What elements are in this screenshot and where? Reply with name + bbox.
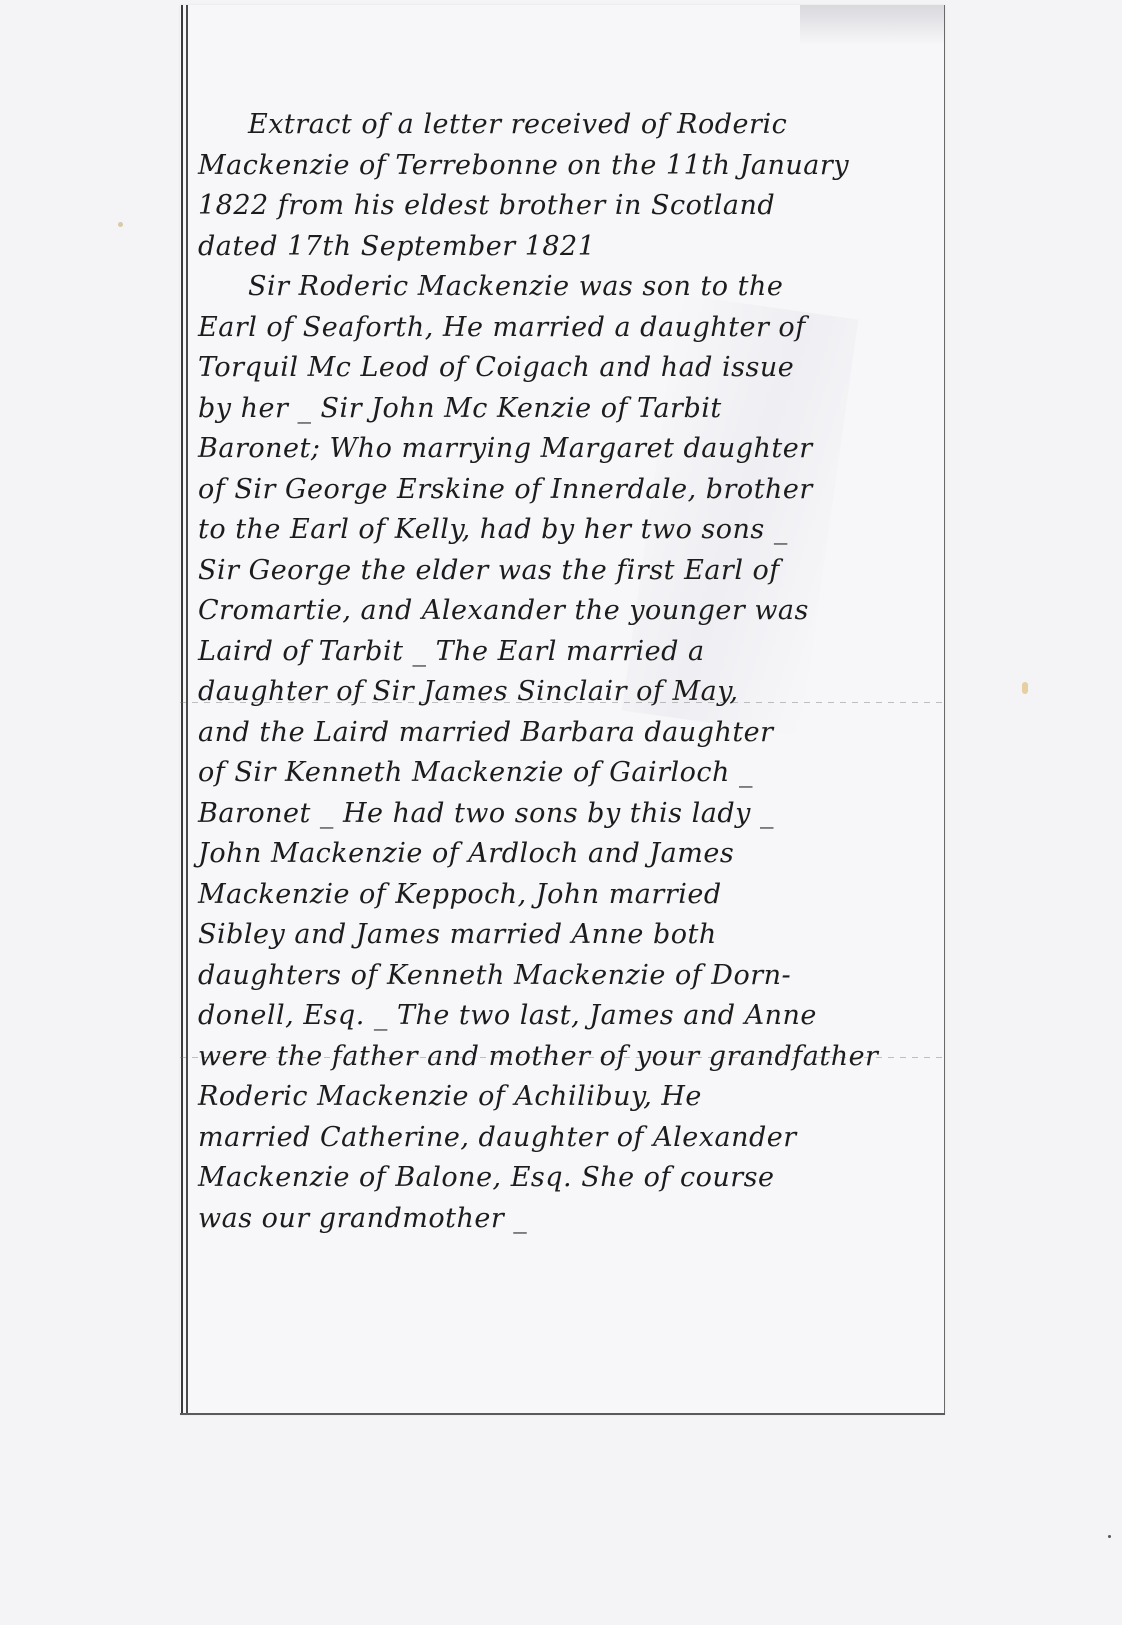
scan-speck [1022,682,1028,694]
body-line: Mackenzie of Balone, Esq. She of course [198,1158,918,1199]
body-line: Sir George the elder was the first Earl … [198,551,918,592]
left-margin-rule-inner [186,5,188,1415]
body-line: donell, Esq. _ The two last, James and A… [198,996,918,1037]
letter-page: Extract of a letter received of Roderic … [180,5,945,1415]
body-line: was our grandmother _ [198,1199,918,1240]
scan-shadow [800,5,945,45]
body-line: Baronet; Who marrying Margaret daughter [198,429,918,470]
body-line: by her _ Sir John Mc Kenzie of Tarbit [198,389,918,430]
scan-speck [118,222,123,227]
scan-speck [1108,1535,1111,1538]
heading-line: Extract of a letter received of Roderic [198,105,918,146]
body-line: were the father and mother of your grand… [198,1037,918,1078]
right-page-edge [944,5,945,1415]
body-line: of Sir Kenneth Mackenzie of Gairloch _ [198,753,918,794]
heading-line: Mackenzie of Terrebonne on the 11th Janu… [198,146,918,187]
left-margin-rule [181,5,183,1415]
body-line: Laird of Tarbit _ The Earl married a [198,632,918,673]
body-line: Mackenzie of Keppoch, John married [198,875,918,916]
body-line: Sir Roderic Mackenzie was son to the [198,267,918,308]
body-line: Cromartie, and Alexander the younger was [198,591,918,632]
body-line: and the Laird married Barbara daughter [198,713,918,754]
body-line: married Catherine, daughter of Alexander [198,1118,918,1159]
letter-text: Extract of a letter received of Roderic … [198,105,918,1239]
body-line: Baronet _ He had two sons by this lady _ [198,794,918,835]
body-line: Torquil Mc Leod of Coigach and had issue [198,348,918,389]
letter-heading: Extract of a letter received of Roderic … [198,105,918,267]
letter-body: Sir Roderic Mackenzie was son to the Ear… [198,267,918,1239]
body-line: to the Earl of Kelly, had by her two son… [198,510,918,551]
body-line: Earl of Seaforth, He married a daughter … [198,308,918,349]
body-line: daughter of Sir James Sinclair of May, [198,672,918,713]
heading-line: 1822 from his eldest brother in Scotland [198,186,918,227]
heading-line: dated 17th September 1821 [198,227,918,268]
body-line: daughters of Kenneth Mackenzie of Dorn- [198,956,918,997]
body-line: Sibley and James married Anne both [198,915,918,956]
body-line: Roderic Mackenzie of Achilibuy, He [198,1077,918,1118]
body-line: John Mackenzie of Ardloch and James [198,834,918,875]
body-line: of Sir George Erskine of Innerdale, brot… [198,470,918,511]
bottom-page-edge [180,1413,945,1415]
